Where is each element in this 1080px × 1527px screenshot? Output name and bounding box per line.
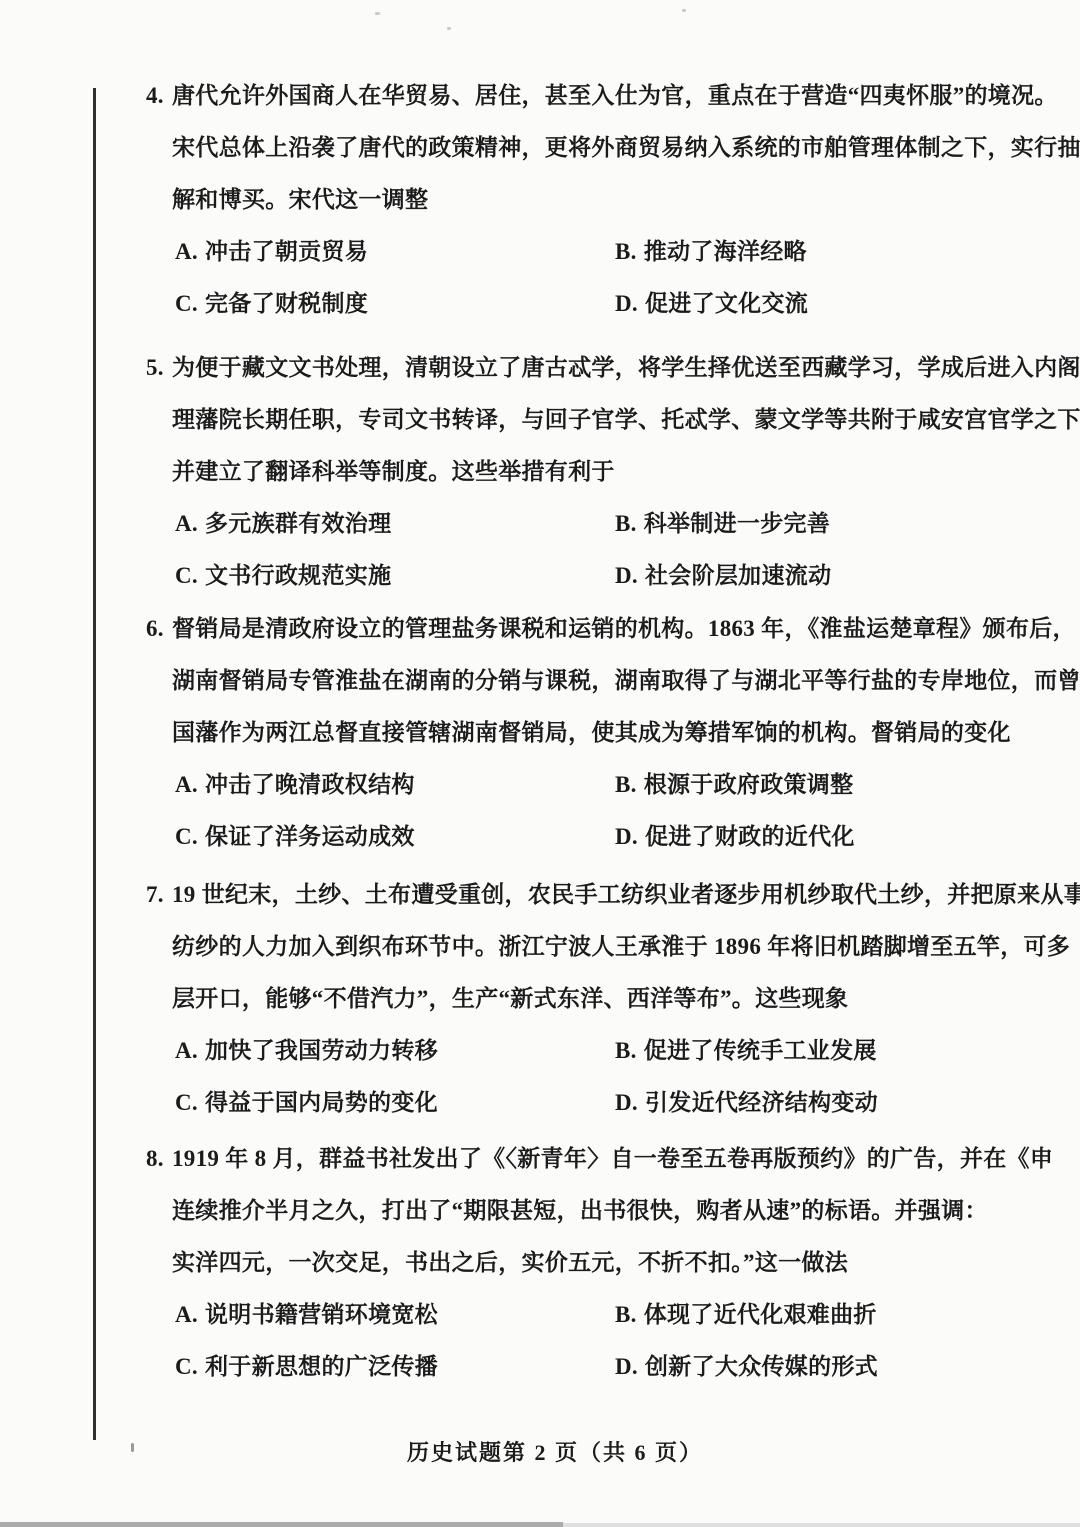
scan-edge-shadow	[0, 1522, 563, 1527]
options-row: C.得益于国内局势的变化 D.引发近代经济结构变动	[0, 1077, 1080, 1129]
option-text: 利于新思想的广泛传播	[205, 1354, 438, 1379]
option-label: D.	[615, 1090, 638, 1115]
stem-text: 为便于藏文文书处理，清朝设立了唐古忒学，将学生择优送至西藏学习，学成后进入内阁、	[172, 355, 1080, 380]
question-stem-line: 解和博买。宋代这一调整	[0, 174, 1080, 226]
option-text: 促进了传统手工业发展	[644, 1038, 877, 1063]
option-label: C.	[175, 1354, 198, 1379]
question-5: 5.为便于藏文文书处理，清朝设立了唐古忒学，将学生择优送至西藏学习，学成后进入内…	[0, 342, 1080, 602]
question-7: 7.19 世纪末，土纱、土布遭受重创，农民手工纺织业者逐步用机纱取代土纱，并把原…	[0, 869, 1080, 1129]
question-number: 4.	[146, 70, 164, 122]
option-d: D.引发近代经济结构变动	[615, 1077, 878, 1129]
option-b: B.促进了传统手工业发展	[615, 1025, 877, 1077]
option-text: 得益于国内局势的变化	[205, 1090, 438, 1115]
option-d: D.促进了财政的近代化	[615, 811, 855, 863]
option-b: B.推动了海洋经略	[615, 226, 807, 278]
option-text: 科举制进一步完善	[644, 511, 830, 536]
question-4: 4.唐代允许外国商人在华贸易、居住，甚至入仕为官，重点在于营造“四夷怀服”的境况…	[0, 70, 1080, 330]
option-text: 文书行政规范实施	[205, 563, 391, 588]
option-label: D.	[615, 563, 638, 588]
option-label: B.	[615, 239, 637, 264]
option-a: A.加快了我国劳动力转移	[175, 1025, 615, 1077]
page-number-footer: 历史试题第 2 页（共 6 页）	[0, 1438, 1080, 1468]
option-text: 说明书籍营销环境宽松	[205, 1302, 438, 1327]
option-c: C.完备了财税制度	[175, 278, 615, 330]
option-label: A.	[175, 772, 198, 797]
option-text: 冲击了晚清政权结构	[205, 772, 415, 797]
stem-text: 督销局是清政府设立的管理盐务课税和运销的机构。1863 年，《淮盐运楚章程》颁布…	[172, 616, 1076, 641]
scan-edge-shadow	[563, 1523, 1080, 1527]
options-row: A.说明书籍营销环境宽松 B.体现了近代化艰难曲折	[0, 1289, 1080, 1341]
option-c: C.保证了洋务运动成效	[175, 811, 615, 863]
question-stem-line: 6.督销局是清政府设立的管理盐务课税和运销的机构。1863 年，《淮盐运楚章程》…	[0, 603, 1080, 655]
option-label: B.	[615, 511, 637, 536]
options-row: A.多元族群有效治理 B.科举制进一步完善	[0, 498, 1080, 550]
option-label: C.	[175, 563, 198, 588]
option-label: D.	[615, 1354, 638, 1379]
question-stem-line: 纺纱的人力加入到织布环节中。浙江宁波人王承淮于 1896 年将旧机踏脚增至五竿，…	[0, 921, 1080, 973]
options-row: A.冲击了晚清政权结构 B.根源于政府政策调整	[0, 759, 1080, 811]
option-text: 冲击了朝贡贸易	[205, 239, 368, 264]
option-text: 引发近代经济结构变动	[645, 1090, 878, 1115]
option-label: B.	[615, 772, 637, 797]
option-text: 创新了大众传媒的形式	[645, 1354, 878, 1379]
option-text: 加快了我国劳动力转移	[205, 1038, 438, 1063]
option-label: A.	[175, 1302, 198, 1327]
question-number: 7.	[146, 869, 164, 921]
option-d: D.创新了大众传媒的形式	[615, 1341, 878, 1393]
question-stem-line: 宋代总体上沿袭了唐代的政策精神，更将外商贸易纳入系统的市舶管理体制之下，实行抽	[0, 122, 1080, 174]
question-stem-line: 实洋四元，一次交足，书出之后，实价五元，不折不扣。”这一做法	[0, 1237, 1080, 1289]
option-text: 完备了财税制度	[205, 291, 368, 316]
options-row: A.加快了我国劳动力转移 B.促进了传统手工业发展	[0, 1025, 1080, 1077]
option-text: 推动了海洋经略	[644, 239, 807, 264]
option-label: C.	[175, 291, 198, 316]
stem-text: 19 世纪末，土纱、土布遭受重创，农民手工纺织业者逐步用机纱取代土纱，并把原来从…	[172, 882, 1080, 907]
option-a: A.说明书籍营销环境宽松	[175, 1289, 615, 1341]
option-a: A.多元族群有效治理	[175, 498, 615, 550]
question-8: 8.1919 年 8 月，群益书社发出了《〈新青年〉自一卷至五卷再版预约》的广告…	[0, 1133, 1080, 1393]
option-label: C.	[175, 824, 198, 849]
question-stem-line: 国藩作为两江总督直接管辖湖南督销局，使其成为筹措军饷的机构。督销局的变化	[0, 707, 1080, 759]
option-b: B.根源于政府政策调整	[615, 759, 853, 811]
stem-text: 1919 年 8 月，群益书社发出了《〈新青年〉自一卷至五卷再版预约》的广告，并…	[172, 1146, 1053, 1171]
options-row: C.完备了财税制度 D.促进了文化交流	[0, 278, 1080, 330]
question-stem-line: 4.唐代允许外国商人在华贸易、居住，甚至入仕为官，重点在于营造“四夷怀服”的境况…	[0, 70, 1080, 122]
option-label: B.	[615, 1302, 637, 1327]
scan-artifact	[375, 12, 380, 15]
question-stem-line: 并建立了翻译科举等制度。这些举措有利于	[0, 446, 1080, 498]
option-c: C.得益于国内局势的变化	[175, 1077, 615, 1129]
question-stem-line: 5.为便于藏文文书处理，清朝设立了唐古忒学，将学生择优送至西藏学习，学成后进入内…	[0, 342, 1080, 394]
option-d: D.社会阶层加速流动	[615, 550, 831, 602]
question-stem-line: 层开口，能够“不借汽力”，生产“新式东洋、西洋等布”。这些现象	[0, 973, 1080, 1025]
option-label: A.	[175, 511, 198, 536]
option-text: 体现了近代化艰难曲折	[644, 1302, 877, 1327]
option-b: B.体现了近代化艰难曲折	[615, 1289, 877, 1341]
option-label: D.	[615, 291, 638, 316]
stem-text: 唐代允许外国商人在华贸易、居住，甚至入仕为官，重点在于营造“四夷怀服”的境况。	[172, 83, 1058, 108]
option-text: 保证了洋务运动成效	[205, 824, 415, 849]
option-a: A.冲击了晚清政权结构	[175, 759, 615, 811]
option-c: C.文书行政规范实施	[175, 550, 615, 602]
option-a: A.冲击了朝贡贸易	[175, 226, 615, 278]
option-text: 促进了文化交流	[645, 291, 808, 316]
option-label: D.	[615, 824, 638, 849]
option-d: D.促进了文化交流	[615, 278, 808, 330]
question-stem-line: 8.1919 年 8 月，群益书社发出了《〈新青年〉自一卷至五卷再版预约》的广告…	[0, 1133, 1080, 1185]
options-row: C.保证了洋务运动成效 D.促进了财政的近代化	[0, 811, 1080, 863]
option-label: C.	[175, 1090, 198, 1115]
question-stem-line: 湖南督销局专管淮盐在湖南的分销与课税，湖南取得了与湖北平等行盐的专岸地位，而曾	[0, 655, 1080, 707]
options-row: C.文书行政规范实施 D.社会阶层加速流动	[0, 550, 1080, 602]
options-row: A.冲击了朝贡贸易 B.推动了海洋经略	[0, 226, 1080, 278]
question-number: 8.	[146, 1133, 164, 1185]
options-row: C.利于新思想的广泛传播 D.创新了大众传媒的形式	[0, 1341, 1080, 1393]
question-stem-line: 7.19 世纪末，土纱、土布遭受重创，农民手工纺织业者逐步用机纱取代土纱，并把原…	[0, 869, 1080, 921]
exam-page: 4.唐代允许外国商人在华贸易、居住，甚至入仕为官，重点在于营造“四夷怀服”的境况…	[0, 0, 1080, 1527]
option-c: C.利于新思想的广泛传播	[175, 1341, 615, 1393]
scan-artifact	[682, 9, 686, 12]
question-stem-line: 连续推介半月之久，打出了“期限甚短，出书很快，购者从速”的标语。并强调：	[0, 1185, 1080, 1237]
option-label: B.	[615, 1038, 637, 1063]
option-label: A.	[175, 1038, 198, 1063]
question-6: 6.督销局是清政府设立的管理盐务课税和运销的机构。1863 年，《淮盐运楚章程》…	[0, 603, 1080, 863]
question-number: 6.	[146, 603, 164, 655]
question-stem-line: 理藩院长期任职，专司文书转译，与回子官学、托忒学、蒙文学等共附于咸安宫官学之下，	[0, 394, 1080, 446]
option-text: 多元族群有效治理	[205, 511, 391, 536]
option-label: A.	[175, 239, 198, 264]
question-number: 5.	[146, 342, 164, 394]
scan-artifact	[447, 27, 451, 30]
option-text: 社会阶层加速流动	[645, 563, 831, 588]
option-text: 根源于政府政策调整	[644, 772, 854, 797]
option-b: B.科举制进一步完善	[615, 498, 830, 550]
option-text: 促进了财政的近代化	[645, 824, 855, 849]
